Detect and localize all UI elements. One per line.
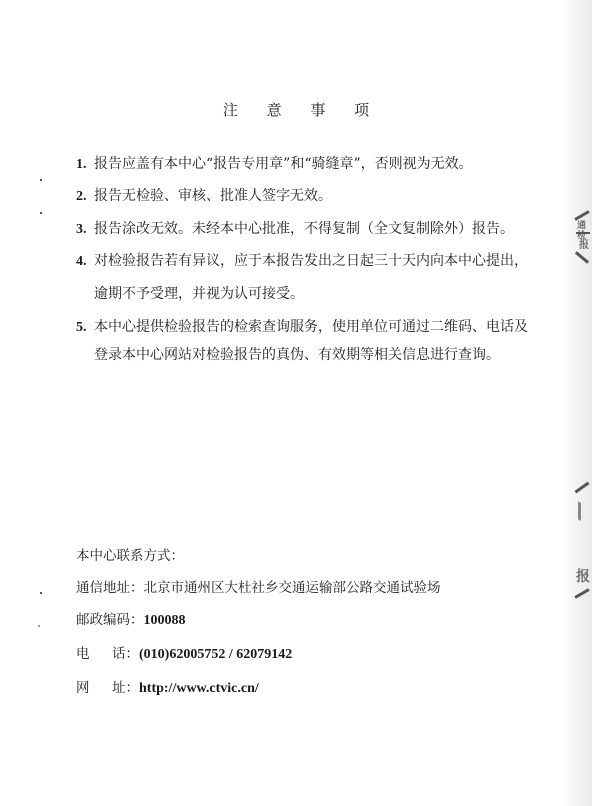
postcode-label: 邮政编码： [76,612,144,628]
seal-text-fragment: 报 [576,566,590,586]
notice-number: 4. [76,253,94,271]
phone-label-char2: 话： [112,646,139,662]
address-value: 北京市通州区大杜社乡交通运输部公路交通试验场 [144,580,441,596]
contact-phone: 电话：(010)62005752 / 62079142 [76,645,292,664]
notice-number: 5. [76,319,94,337]
scan-speck [40,179,42,181]
postcode-value: 100088 [144,613,186,628]
notice-item-5: 5.本中心提供检验报告的检索查询服务，使用单位可通过二维码、电话及 [76,318,528,337]
web-label-char2: 址： [112,680,139,696]
scan-speck [40,592,42,594]
website-link[interactable]: http://www.ctvic.cn/ [139,681,259,696]
notice-text: 报告涂改无效。未经本中心批准，不得复制（全文复制除外）报告。 [94,221,514,237]
contact-website: 网址：http://www.ctvic.cn/ [76,679,259,698]
notice-number: 3. [76,221,94,239]
notice-number: 1. [76,156,94,174]
scan-edge-shadow [562,0,592,806]
notice-item-2: 2.报告无检验、审核、批准人签字无效。 [76,187,332,206]
notice-text: 报告应盖有本中心“报告专用章”和“骑缝章”，否则视为无效。 [94,156,473,172]
contact-heading: 本中心联系方式： [76,547,184,565]
notice-item-1: 1.报告应盖有本中心“报告专用章”和“骑缝章”，否则视为无效。 [76,155,473,174]
address-label: 通信地址： [76,580,144,596]
notice-item-5-continuation: 登录本中心网站对检验报告的真伪、有效期等相关信息进行查询。 [94,346,500,364]
notice-item-4-continuation: 逾期不予受理，并视为认可接受。 [94,285,304,303]
seal-text-fragment: 报 [579,236,589,251]
phone-value: (010)62005752 / 62079142 [139,647,292,662]
notice-number: 2. [76,188,94,206]
scan-speck [40,212,42,214]
notice-item-4: 4.对检验报告若有异议，应于本报告发出之日起三十天内向本中心提出， [76,252,528,271]
notice-text: 本中心提供检验报告的检索查询服务，使用单位可通过二维码、电话及 [94,319,528,335]
phone-label-char1: 电 [76,645,112,663]
notice-text: 报告无检验、审核、批准人签字无效。 [94,188,332,204]
web-label-char1: 网 [76,679,112,697]
notice-text: 对检验报告若有异议，应于本报告发出之日起三十天内向本中心提出， [94,253,528,269]
contact-postcode: 邮政编码：100088 [76,611,186,630]
seal-stroke [576,232,590,234]
notice-item-3: 3.报告涂改无效。未经本中心批准，不得复制（全文复制除外）报告。 [76,220,514,239]
page-title: 注 意 事 项 [0,99,592,120]
contact-address: 通信地址：北京市通州区大杜社乡交通运输部公路交通试验场 [76,579,441,597]
scan-speck [38,625,40,627]
